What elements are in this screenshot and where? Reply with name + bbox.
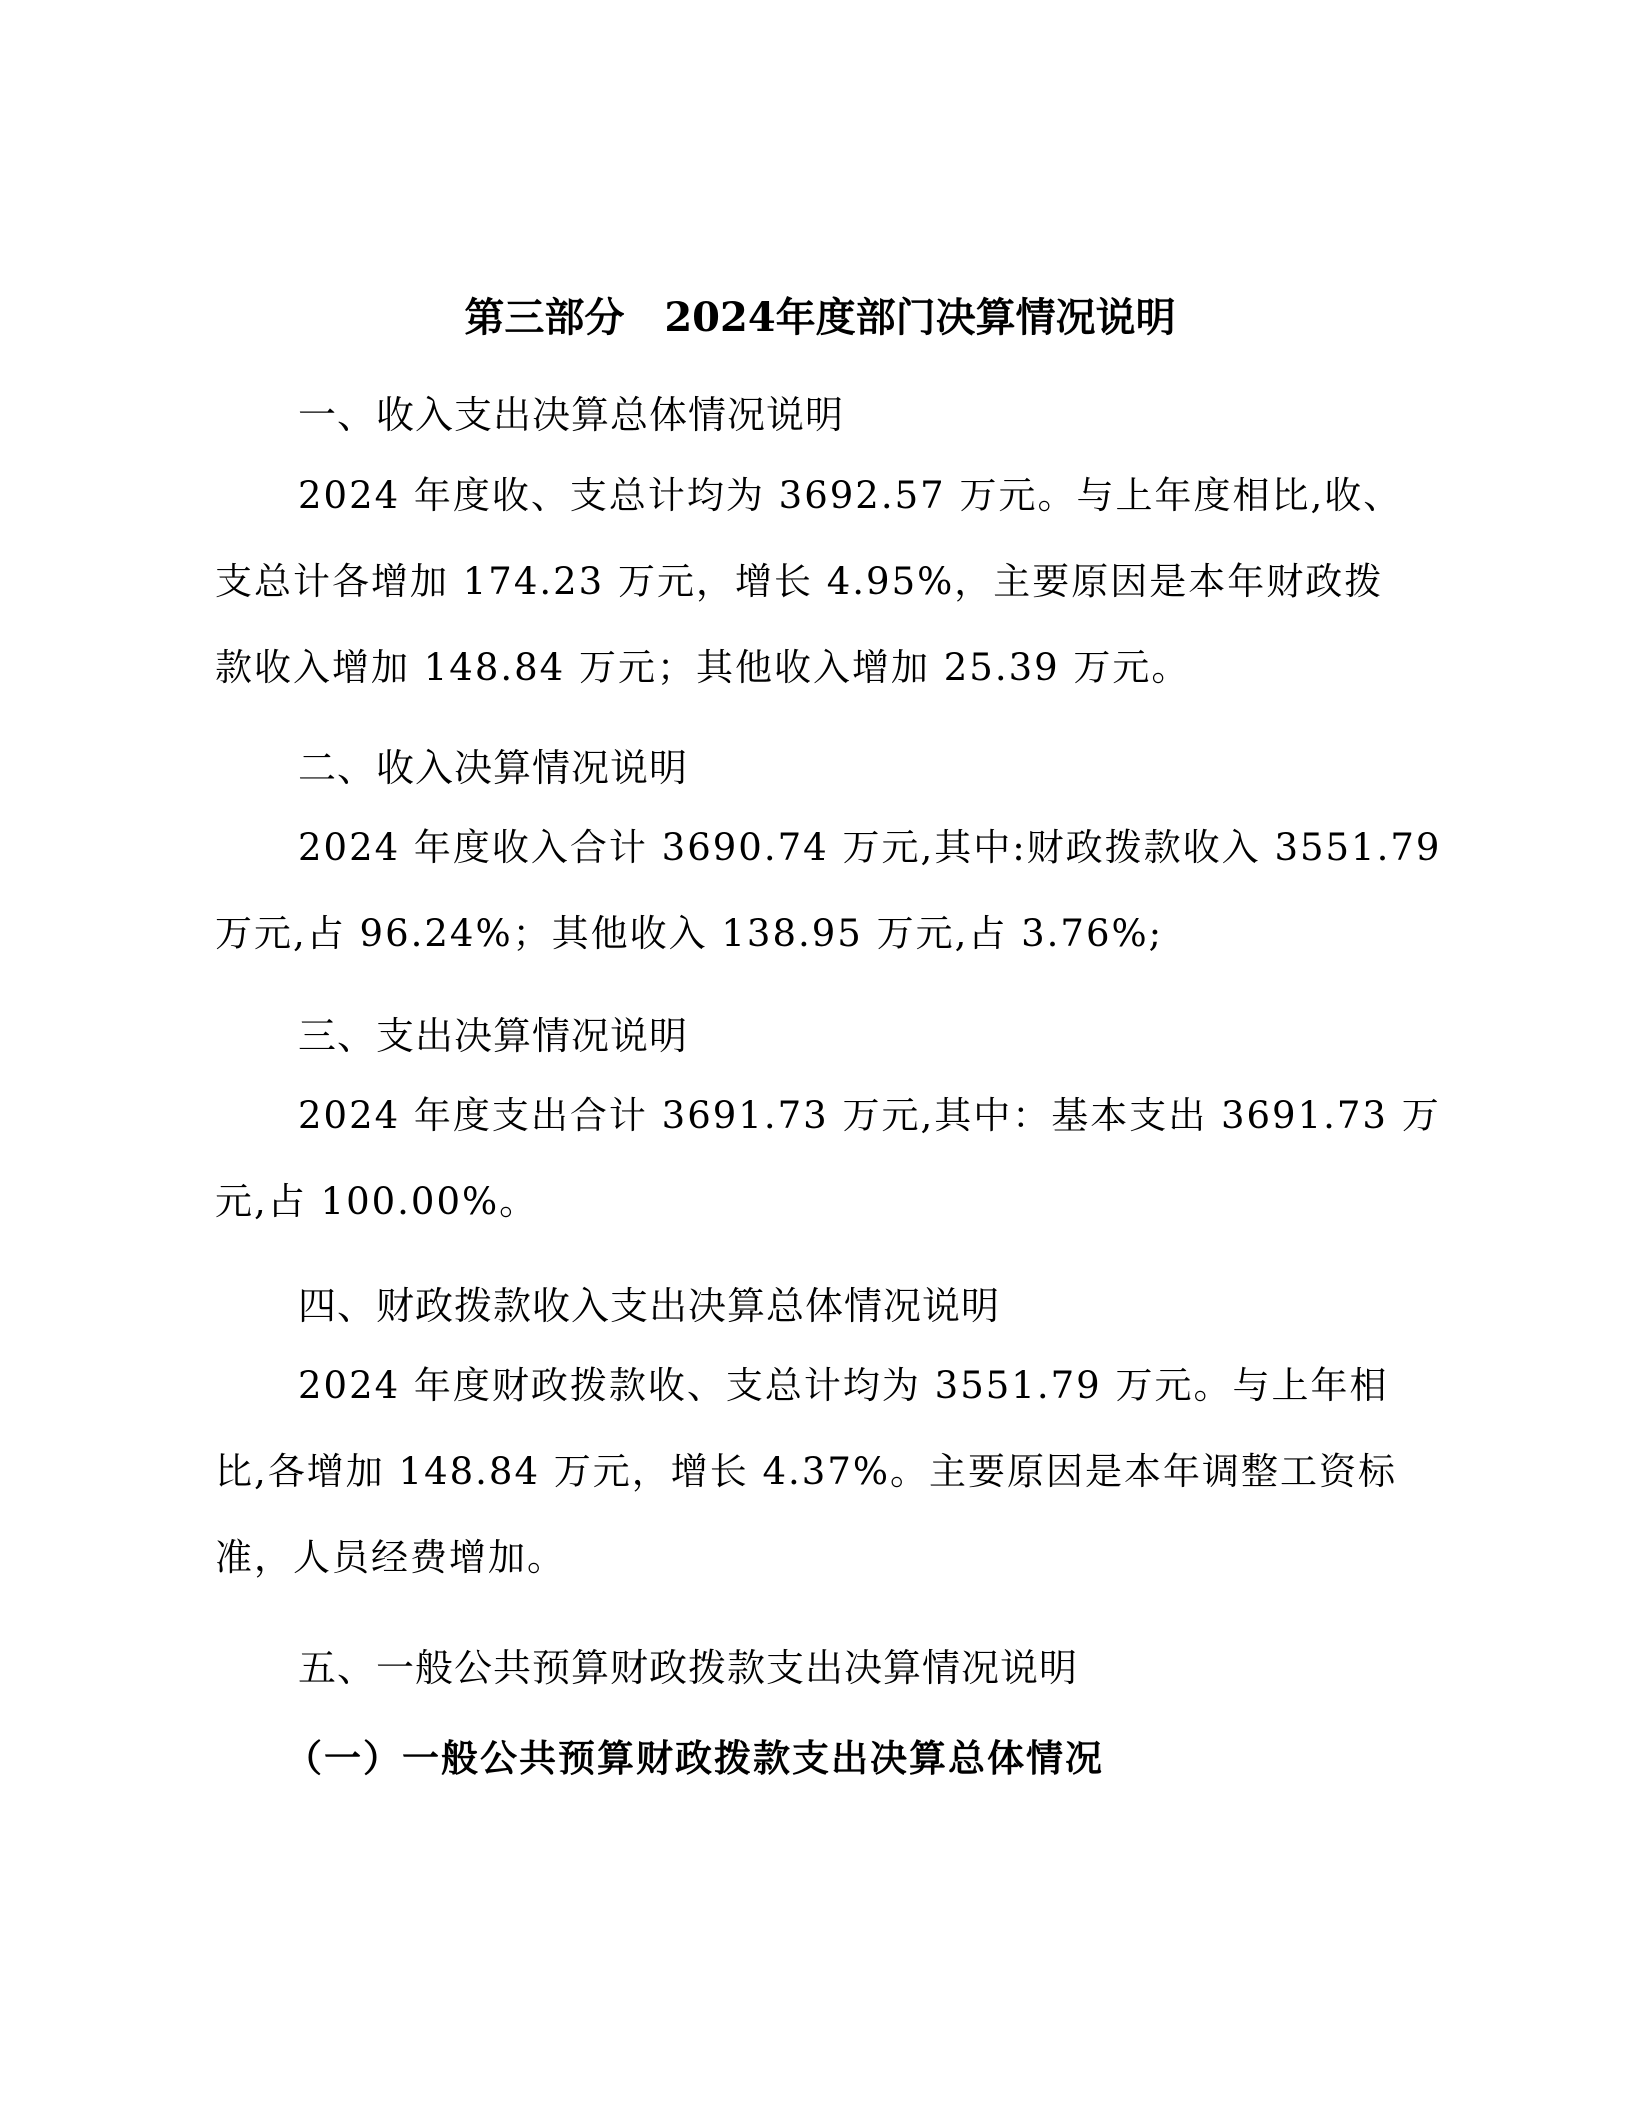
paragraph-line: 元,占 100.00%。 <box>215 1159 1425 1245</box>
section-heading-1: 一、收入支出决算总体情况说明 <box>298 387 844 443</box>
section-paragraph-2: 2024 年度收入合计 3690.74 万元,其中:财政拨款收入 3551.79… <box>215 805 1425 977</box>
section-paragraph-4: 2024 年度财政拨款收、支总计均为 3551.79 万元。与上年相 比,各增加… <box>215 1343 1425 1601</box>
section-paragraph-1: 2024 年度收、支总计均为 3692.57 万元。与上年度相比,收、 支总计各… <box>215 453 1425 711</box>
section-heading-4: 四、财政拨款收入支出决算总体情况说明 <box>298 1278 1000 1334</box>
paragraph-line: 2024 年度财政拨款收、支总计均为 3551.79 万元。与上年相 <box>215 1343 1425 1429</box>
subsection-heading-1: （一）一般公共预算财政拨款支出决算总体情况 <box>285 1730 1104 1786</box>
paragraph-line: 2024 年度收入合计 3690.74 万元,其中:财政拨款收入 3551.79 <box>215 805 1425 891</box>
paragraph-line: 支总计各增加 174.23 万元，增长 4.95%，主要原因是本年财政拨 <box>215 539 1425 625</box>
title-part: 第三部分 <box>464 294 624 341</box>
paragraph-line: 2024 年度支出合计 3691.73 万元,其中：基本支出 3691.73 万 <box>215 1073 1425 1159</box>
title-main: 2024年度部门决算情况说明 <box>664 294 1175 341</box>
paragraph-line: 2024 年度收、支总计均为 3692.57 万元。与上年度相比,收、 <box>215 453 1425 539</box>
section-heading-5: 五、一般公共预算财政拨款支出决算情况说明 <box>298 1640 1078 1696</box>
paragraph-line: 准，人员经费增加。 <box>215 1515 1425 1601</box>
page-title: 第三部分2024年度部门决算情况说明 <box>215 290 1425 346</box>
section-heading-2: 二、收入决算情况说明 <box>298 740 688 796</box>
section-heading-3: 三、支出决算情况说明 <box>298 1008 688 1064</box>
paragraph-line: 比,各增加 148.84 万元，增长 4.37%。主要原因是本年调整工资标 <box>215 1429 1425 1515</box>
section-paragraph-3: 2024 年度支出合计 3691.73 万元,其中：基本支出 3691.73 万… <box>215 1073 1425 1245</box>
paragraph-line: 款收入增加 148.84 万元；其他收入增加 25.39 万元。 <box>215 625 1425 711</box>
paragraph-line: 万元,占 96.24%；其他收入 138.95 万元,占 3.76%; <box>215 891 1425 977</box>
